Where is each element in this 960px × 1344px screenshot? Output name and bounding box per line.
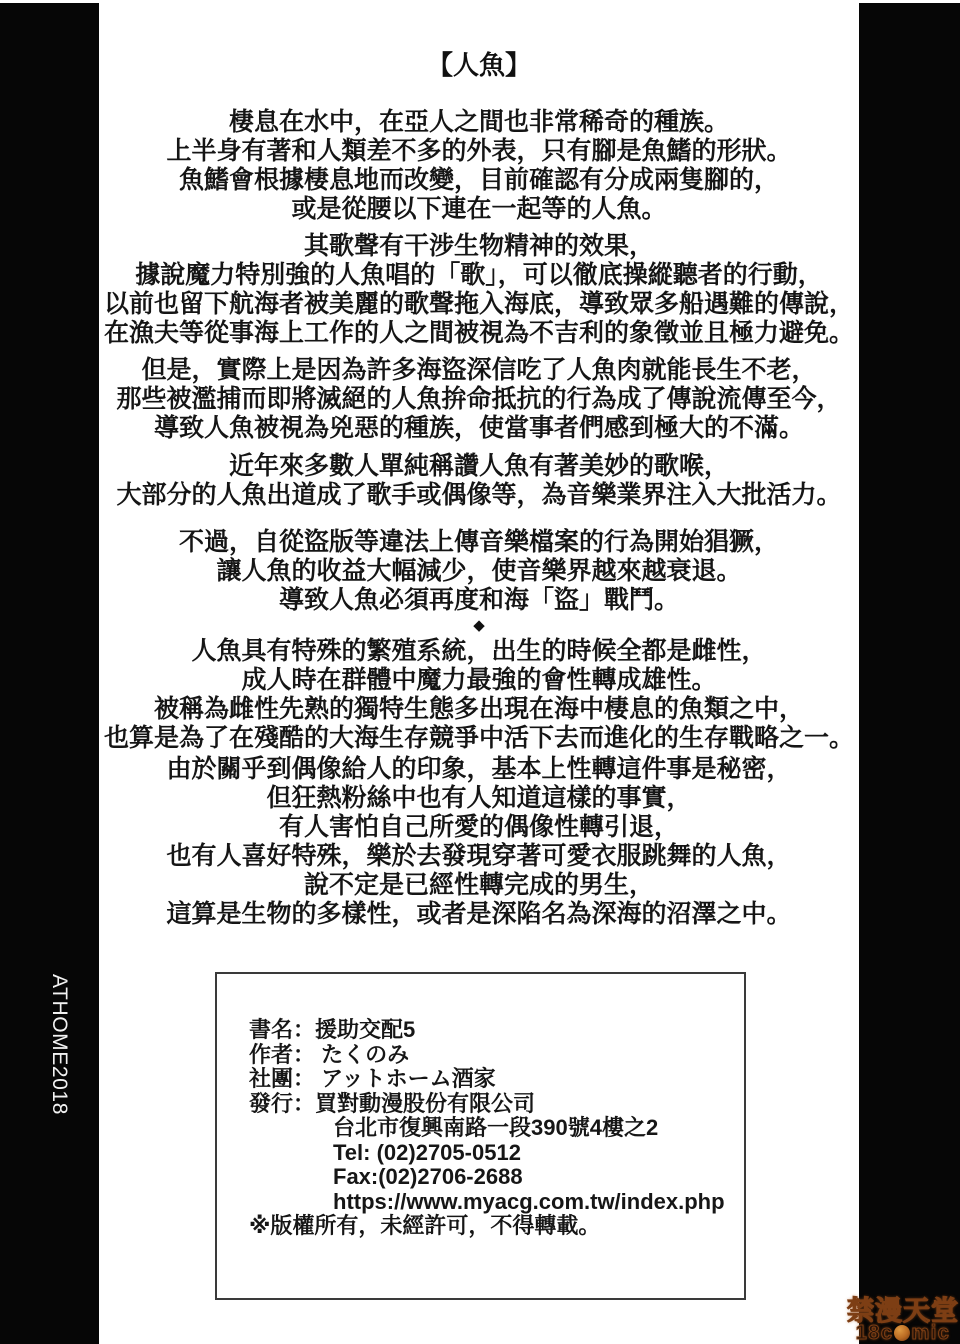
paragraph-line: 也算是為了在殘酷的大海生存競爭中活下去而進化的生存戰略之一。 [99,724,859,753]
article: 【人魚】 棲息在水中，在亞人之間也非常稀奇的種族。上半身有著和人類差不多的外表，… [99,0,859,1300]
paragraph-line: 有人害怕自己所愛的偶像性轉引退， [99,813,859,842]
paragraph-line: 但狂熱粉絲中也有人知道這樣的事實， [99,784,859,813]
paragraph-line: 導致人魚必須再度和海「盜」戰鬥。 [99,586,859,615]
site-watermark: 禁漫天堂 18cmic [847,1298,959,1343]
paragraph-line: 魚鰭會根據棲息地而改變，目前確認有分成兩隻腳的， [99,166,859,195]
paragraph-line: 據說魔力特別強的人魚唱的「歌」，可以徹底操縱聽者的行動， [99,261,859,290]
paragraph-line: 以前也留下航海者被美麗的歌聲拖入海底，導致眾多船遇難的傳說， [99,290,859,319]
colophon-line-publisher: 發行：買對動漫股份有限公司 [249,1092,734,1117]
paragraph-line: 導致人魚被視為兇惡的種族，使當事者們感到極大的不滿。 [99,414,859,443]
colophon-line-circle: 社團： アットホーム酒家 [249,1067,734,1092]
paragraph-line: 被稱為雌性先熟的獨特生態多出現在海中棲息的魚類之中， [99,695,859,724]
paragraph: 近年來多數人單純稱讚人魚有著美妙的歌喉，大部分的人魚出道成了歌手或偶像等，為音樂… [99,452,859,510]
colophon-line-address: 台北市復興南路一段390號4樓之2 [249,1116,734,1141]
paragraph: 不過，自從盜版等違法上傳音樂檔案的行為開始猖獗，讓人魚的收益大幅減少，使音樂界越… [99,528,859,615]
diamond-divider-icon: ◆ [99,615,859,637]
paragraph-line: 但是，實際上是因為許多海盜深信吃了人魚肉就能長生不老， [99,356,859,385]
watermark-site-name: 禁漫天堂 [847,1298,959,1324]
paragraph-line: 成人時在群體中魔力最強的會性轉成雄性。 [99,666,859,695]
spine-credit-text: ATHOME2018 [47,974,71,1115]
paragraph-line: 在漁夫等從事海上工作的人之間被視為不吉利的象徵並且極力避免。 [99,319,859,348]
paragraph-line: 不過，自從盜版等違法上傳音樂檔案的行為開始猖獗， [99,528,859,557]
paragraph-line: 說不定是已經性轉完成的男生， [99,871,859,900]
paragraph-line: 人魚具有特殊的繁殖系統，出生的時候全都是雌性， [99,637,859,666]
paragraph-line: 或是從腰以下連在一起等的人魚。 [99,195,859,224]
page-title: 【人魚】 [99,0,859,80]
paragraph-line: 讓人魚的收益大幅減少，使音樂界越來越衰退。 [99,557,859,586]
colophon-box: 書名：援助交配5 作者： たくのみ 社團： アットホーム酒家 發行：買對動漫股份… [215,972,746,1300]
colophon-line-copyright: ※版權所有，未經許可，不得轉載。 [249,1214,734,1239]
right-black-border [859,3,960,1344]
left-black-border [0,3,99,1344]
paragraph-line: 其歌聲有干涉生物精神的效果， [99,232,859,261]
watermark-site-id: 18cmic [847,1323,959,1343]
watermark-text-prefix: 18c [856,1322,894,1344]
colophon-line-author: 作者： たくのみ [249,1043,734,1068]
watermark-text-suffix: mic [911,1322,950,1344]
paragraph-line: 這算是生物的多樣性，或者是深陷名為深海的沼澤之中。 [99,900,859,929]
orange-ball-icon [894,1325,910,1341]
paragraph-line: 大部分的人魚出道成了歌手或偶像等，為音樂業界注入大批活力。 [99,481,859,510]
colophon-line-title: 書名：援助交配5 [249,1018,734,1043]
paragraph: 人魚具有特殊的繁殖系統，出生的時候全都是雌性，成人時在群體中魔力最強的會性轉成雄… [99,637,859,753]
paragraph: 由於關乎到偶像給人的印象，基本上性轉這件事是秘密，但狂熱粉絲中也有人知道這樣的事… [99,755,859,929]
colophon-line-tel: Tel: (02)2705-0512 [249,1141,734,1166]
paragraph: 但是，實際上是因為許多海盜深信吃了人魚肉就能長生不老，那些被濫捕而即將滅絕的人魚… [99,356,859,443]
paragraph-line: 棲息在水中，在亞人之間也非常稀奇的種族。 [99,108,859,137]
paragraph-line: 那些被濫捕而即將滅絕的人魚拚命抵抗的行為成了傳說流傳至今， [99,385,859,414]
paragraph-line: 也有人喜好特殊，樂於去發現穿著可愛衣服跳舞的人魚， [99,842,859,871]
paragraph-line: 由於關乎到偶像給人的印象，基本上性轉這件事是秘密， [99,755,859,784]
paragraph-line: 上半身有著和人類差不多的外表，只有腳是魚鰭的形狀。 [99,137,859,166]
colophon-line-fax: Fax:(02)2706-2688 [249,1165,734,1190]
paragraph: 棲息在水中，在亞人之間也非常稀奇的種族。上半身有著和人類差不多的外表，只有腳是魚… [99,108,859,224]
colophon-line-url: https://www.myacg.com.tw/index.php [249,1190,734,1215]
paragraph: 其歌聲有干涉生物精神的效果，據說魔力特別強的人魚唱的「歌」，可以徹底操縱聽者的行… [99,232,859,348]
paragraph-line: 近年來多數人單純稱讚人魚有著美妙的歌喉， [99,452,859,481]
